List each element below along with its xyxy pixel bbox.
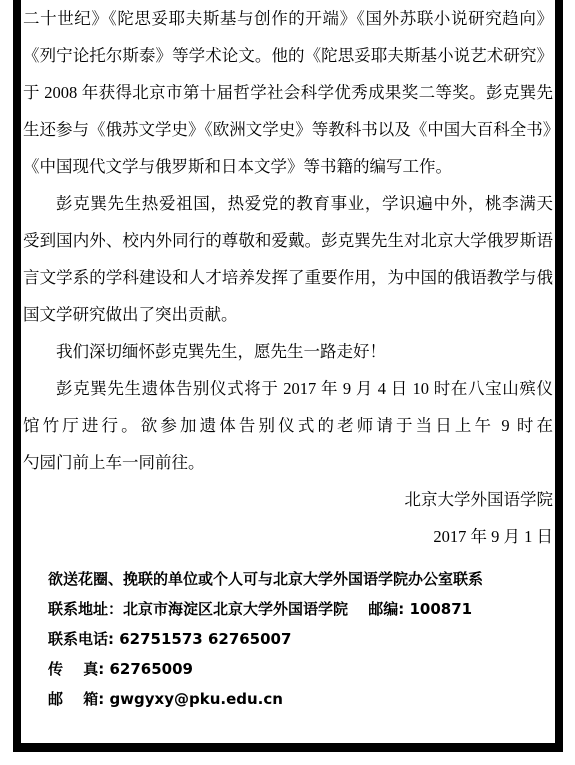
body-text-line: 馆竹厅进行。欲参加遗体告别仪式的老师请于当日上午 9 时在 — [23, 407, 553, 444]
body-text-line: 彭克巽先生遗体告别仪式将于 2017 年 9 月 4 日 10 时在八宝山殡仪 — [23, 370, 553, 407]
notice-body: 二十世纪》《陀思妥耶夫斯基与创作的开端》《国外苏联小说研究趋向》 《列宁论托尔斯… — [21, 0, 555, 714]
contact-address: 联系地址：北京市海淀区北京大学外国语学院 邮编: 100871 — [48, 594, 553, 624]
body-text-line: 受到国内外、校内外同行的尊敬和爱戴。彭克巽先生对北京大学俄罗斯语 — [23, 222, 553, 259]
body-text-line: 勺园门前上车一同前往。 — [23, 444, 553, 481]
body-text-line: 彭克巽先生热爱祖国，热爱党的教育事业，学识遍中外，桃李满天下， — [23, 185, 553, 222]
signature-date: 2017 年 9 月 1 日 — [23, 518, 553, 555]
notice-frame: 二十世纪》《陀思妥耶夫斯基与创作的开端》《国外苏联小说研究趋向》 《列宁论托尔斯… — [13, 0, 563, 752]
body-text-line: 二十世纪》《陀思妥耶夫斯基与创作的开端》《国外苏联小说研究趋向》 — [23, 0, 553, 37]
contact-fax: 传 真: 62765009 — [48, 654, 553, 684]
body-text-line: 我们深切缅怀彭克巽先生，愿先生一路走好！ — [23, 333, 553, 370]
body-text-line: 生还参与《俄苏文学史》《欧洲文学史》等教科书以及《中国大百科全书》 — [23, 111, 553, 148]
contact-note: 欲送花圈、挽联的单位或个人可与北京大学外国语学院办公室联系 — [48, 564, 553, 594]
body-text-line: 于 2008 年获得北京市第十届哲学社会科学优秀成果奖二等奖。彭克巽先 — [23, 74, 553, 111]
contact-phone: 联系电话: 62751573 62765007 — [48, 624, 553, 654]
signature-org: 北京大学外国语学院 — [23, 481, 553, 518]
body-text-line: 《列宁论托尔斯泰》等学术论文。他的《陀思妥耶夫斯基小说艺术研究》 — [23, 37, 553, 74]
body-text-line: 国文学研究做出了突出贡献。 — [23, 296, 553, 333]
contact-block: 欲送花圈、挽联的单位或个人可与北京大学外国语学院办公室联系 联系地址：北京市海淀… — [23, 564, 553, 714]
body-text-line: 言文学系的学科建设和人才培养发挥了重要作用，为中国的俄语教学与俄 — [23, 259, 553, 296]
body-text-line: 《中国现代文学与俄罗斯和日本文学》等书籍的编写工作。 — [23, 148, 553, 185]
contact-email: 邮 箱: gwgyxy@pku.edu.cn — [48, 684, 553, 714]
